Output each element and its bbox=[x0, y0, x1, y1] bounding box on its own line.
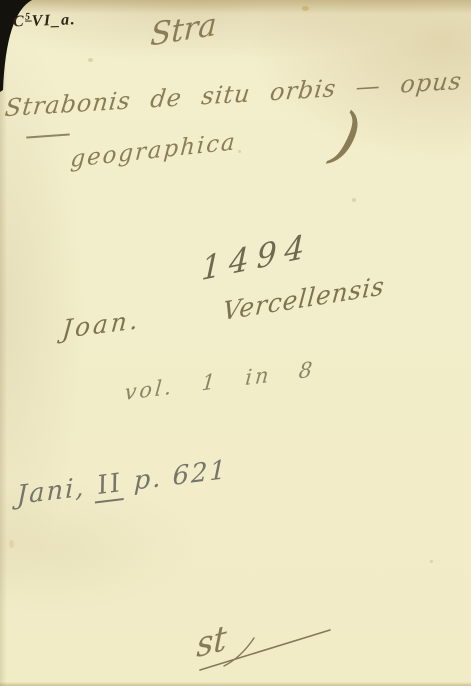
foxing-spot bbox=[302, 6, 309, 11]
title-line-2: geographica bbox=[70, 129, 238, 173]
foxing-spot bbox=[9, 540, 14, 548]
flourish-paren: ) bbox=[325, 98, 367, 176]
pencil-reference: Jani,IIp. 621 bbox=[17, 455, 229, 511]
shelfmark: C5VI_a. bbox=[13, 10, 77, 32]
pencil-reference-post: p. 621 bbox=[133, 455, 228, 497]
signature-flourish-stroke bbox=[188, 608, 338, 678]
page-bottom-edge-shading bbox=[0, 682, 471, 686]
pencil-roman-numeral: II bbox=[95, 468, 124, 504]
pencil-reference-pre: Jani, bbox=[17, 472, 86, 511]
shelfmark-base: C bbox=[13, 13, 26, 30]
format-note: vol. 1 in 8 bbox=[124, 357, 317, 405]
shelfmark-rest: VI_a. bbox=[31, 11, 76, 30]
foxing-spot bbox=[88, 58, 93, 62]
foxing-spot bbox=[352, 198, 356, 202]
title-line-1: Strabonis de situ orbis — opus bbox=[3, 67, 463, 122]
imprint-year: 1494 bbox=[201, 226, 313, 289]
title-underline-flourish bbox=[26, 133, 70, 138]
imprint-name: Joan. bbox=[61, 305, 142, 344]
scanned-flyleaf-page: C5VI_a. Stra Strabonis de situ orbis — o… bbox=[0, 0, 471, 686]
imprint-place: Vercellensis bbox=[222, 271, 386, 326]
foxing-spot bbox=[430, 560, 433, 563]
foxing-spot bbox=[238, 150, 241, 153]
pencil-gap bbox=[85, 494, 95, 495]
pencil-gap bbox=[124, 490, 134, 491]
